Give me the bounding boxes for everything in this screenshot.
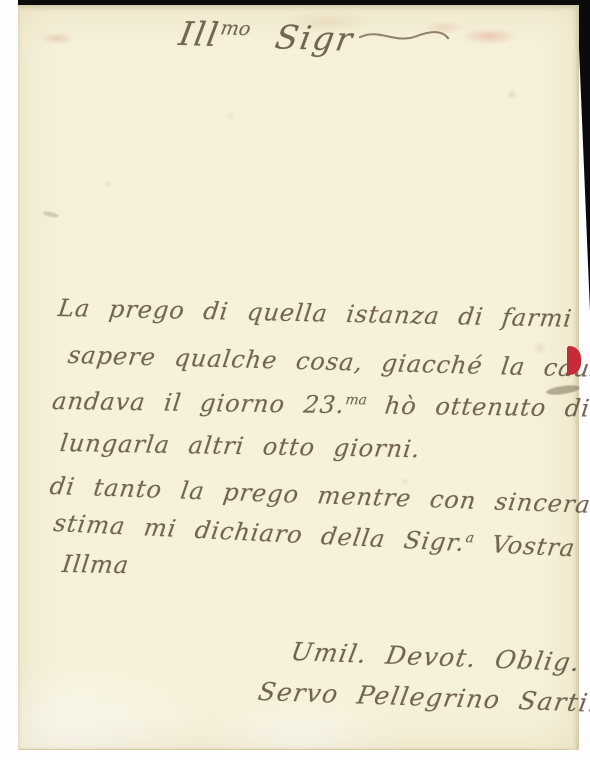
paper-bottom-edge <box>20 749 570 750</box>
letter-line-1: La prego di quella istanza di farmi <box>56 294 574 333</box>
heading-superscript: mo <box>219 16 253 40</box>
heading-flourish <box>357 25 452 48</box>
letter-heading: Illmo Sigr <box>176 14 453 62</box>
heading-text-pre: Ill <box>176 14 223 54</box>
letter-sheet: Illmo Sigr La prego di quella istanza di… <box>18 5 579 750</box>
ink-showthrough <box>43 210 60 218</box>
letter-line-7: Illma <box>61 550 131 579</box>
signature-name-line: Servo Pellegrino Sartini <box>256 677 590 718</box>
scanned-letter: Illmo Sigr La prego di quella istanza di… <box>0 0 590 760</box>
letter-line-4: lungarla altri otto giorni. <box>59 429 423 463</box>
line-6-text-post: Vostra <box>471 530 577 563</box>
heading-text-post: Sigr <box>246 16 357 58</box>
signature-courtesy-line: Umil. Devot. Oblig. <box>289 637 584 677</box>
line-6-text: stima mi dichiaro della Sigr. <box>52 509 467 557</box>
line-3-text-mid: hò ottenuto di <box>365 391 590 422</box>
line-3-text: andava il giorno 23. <box>51 387 347 419</box>
scan-margin-left <box>0 0 18 760</box>
letter-line-2: sapere qualche cosa, giacché la causa <box>66 341 590 383</box>
letter-line-3: andava il giorno 23.ma hò ottenuto di pr… <box>51 387 590 423</box>
line-3-superscript: ma <box>345 392 368 408</box>
